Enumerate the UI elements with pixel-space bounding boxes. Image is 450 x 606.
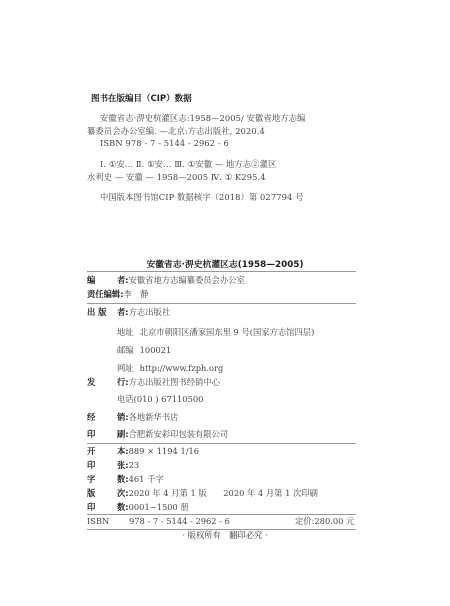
address-row: 地址 北京市朝阳区潘家园东里 9 号(国家方志馆四层) xyxy=(117,326,314,338)
label: 开 xyxy=(87,444,117,458)
copyright-notice: · 版权所有 翻印必究 · xyxy=(0,529,450,541)
isbn-label: ISBN xyxy=(87,514,129,528)
divider xyxy=(87,271,356,272)
format-value: 889 × 1194 1/16 xyxy=(129,446,199,456)
website-row: 网址 http://www.fzph.org xyxy=(117,362,223,374)
edition-row: 版次:2020 年 4 月第 1 版 2020 年 4 月第 1 次印刷 xyxy=(87,486,318,500)
label: 张: xyxy=(117,460,129,470)
label: 地址 xyxy=(117,326,137,338)
postcode-value: 100021 xyxy=(140,345,172,355)
label: 出 版 xyxy=(87,305,117,319)
print-run-value: 0001~1500 册 xyxy=(129,502,189,512)
isbn-value: 978 - 7 - 5144 - 2962 - 6 xyxy=(129,516,230,526)
cip-title: 图书在版编目（CIP）数据 xyxy=(91,92,192,104)
sales-row: 经销:各地新华书店 xyxy=(87,410,178,424)
price: 定价:280.00 元 xyxy=(295,514,354,528)
print-run-row: 印数:0001~1500 册 xyxy=(87,500,189,514)
cip-line: Ⅰ. ①安… Ⅱ. ①安… Ⅲ. ①安徽 — 地方志②灌区 xyxy=(100,158,276,170)
responsible-editor-row: 责任编辑:李 静 xyxy=(87,287,148,301)
label: 数: xyxy=(117,474,129,484)
distribution-row: 发行:方志出版社图书经销中心 xyxy=(87,375,220,389)
label: 印 xyxy=(87,427,117,441)
publisher-value: 方志出版社 xyxy=(129,307,171,317)
label: 行: xyxy=(117,377,129,387)
sheets-value: 23 xyxy=(129,460,140,470)
label: 字 xyxy=(87,472,117,486)
label: 经 xyxy=(87,410,117,424)
words-row: 字数:461 千字 xyxy=(87,472,164,486)
label: 责任编辑: xyxy=(87,287,124,301)
phone-row: 电话(010 ) 67110500 xyxy=(117,393,203,405)
format-row: 开本:889 × 1194 1/16 xyxy=(87,444,199,458)
publisher-row: 出 版者:方志出版社 xyxy=(87,305,170,319)
label: 数: xyxy=(117,502,129,512)
postcode-row: 邮编 100021 xyxy=(117,344,171,356)
printing-value: 合肥新安彩印包装有限公司 xyxy=(129,429,229,439)
responsible-editor-value: 李 静 xyxy=(124,289,149,299)
edition-value: 2020 年 4 月第 1 版 2020 年 4 月第 1 次印刷 xyxy=(129,488,318,498)
cip-line: 中国版本图书馆CIP 数据核字（2018）第 027794 号 xyxy=(100,191,303,203)
words-value: 461 千字 xyxy=(129,474,164,484)
label: 发 xyxy=(87,375,117,389)
label: 刷: xyxy=(117,429,129,439)
cip-line: 安徽省志·淠史杭灌区志:1958—2005/ 安徽省地方志编 xyxy=(100,112,305,124)
cip-line: 纂委员会办公室编. —北京:方志出版社, 2020.4 xyxy=(87,125,265,137)
editor-row: 编者:安徽省地方志编纂委员会办公室 xyxy=(87,273,245,287)
distribution-value: 方志出版社图书经销中心 xyxy=(129,377,220,387)
divider xyxy=(87,303,356,304)
label: 次: xyxy=(117,488,129,498)
label: 销: xyxy=(117,412,129,422)
cip-line: 水利史 — 安徽 — 1958—2005 Ⅳ. ① K295.4 xyxy=(87,171,266,183)
sheets-row: 印张:23 xyxy=(87,458,139,472)
label: 编 xyxy=(87,273,117,287)
isbn-row: ISBN978 - 7 - 5144 - 2962 - 6 xyxy=(87,514,230,528)
label: 网址 xyxy=(117,362,137,374)
label: 者: xyxy=(117,307,129,317)
label: 版 xyxy=(87,486,117,500)
label: 本: xyxy=(117,446,129,456)
cip-line: ISBN 978 - 7 - 5144 - 2962 - 6 xyxy=(100,138,229,148)
address-value: 北京市朝阳区潘家园东里 9 号(国家方志馆四层) xyxy=(140,327,315,337)
label: 邮编 xyxy=(117,344,137,356)
website-link[interactable]: http://www.fzph.org xyxy=(140,363,224,373)
label: 印 xyxy=(87,458,117,472)
printing-row: 印刷:合肥新安彩印包装有限公司 xyxy=(87,427,228,441)
label: 印 xyxy=(87,500,117,514)
label: 者: xyxy=(117,275,129,285)
sales-value: 各地新华书店 xyxy=(129,412,179,422)
book-title: 安徽省志·淠史杭灌区志(1958—2005) xyxy=(0,257,450,270)
editor-value: 安徽省地方志编纂委员会办公室 xyxy=(129,275,245,285)
